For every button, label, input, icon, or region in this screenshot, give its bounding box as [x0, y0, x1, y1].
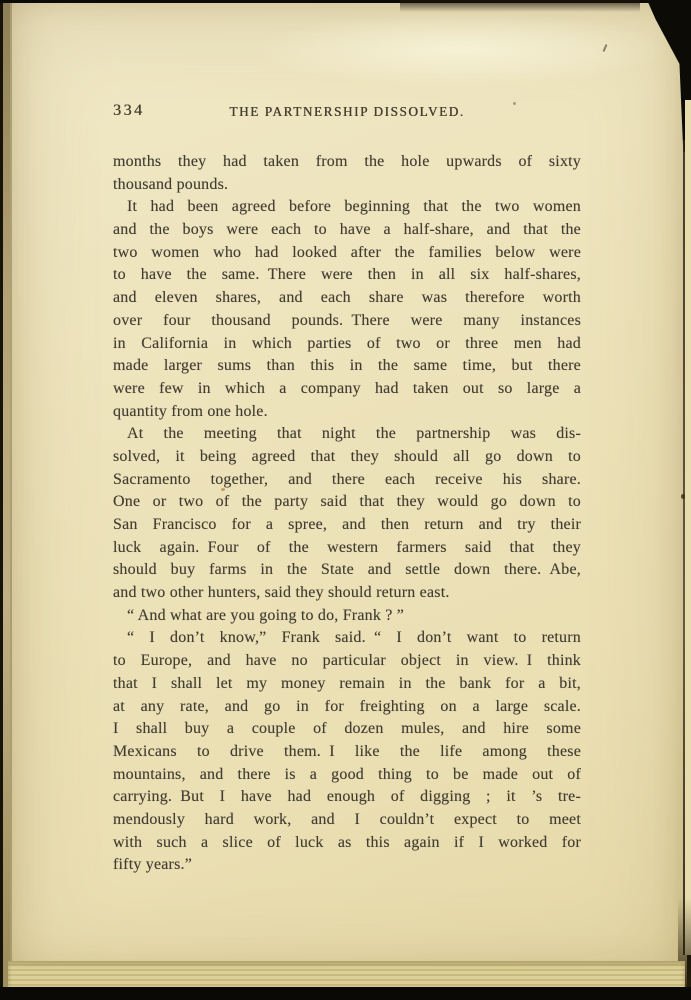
paragraph: “ I don’t know,” Frank said. “ I don’t w… — [113, 627, 581, 877]
text-line: at any rate, and go in for freighting on… — [113, 696, 581, 719]
body-text: months they had taken from the hole upwa… — [113, 151, 581, 877]
text-line: “ And what are you going to do, Frank ? … — [113, 605, 581, 628]
text-line: in California in which parties of two or… — [113, 333, 581, 356]
paragraph: months they had taken from the hole upwa… — [113, 151, 581, 196]
running-title: THE PARTNERSHIP DISSOLVED. — [113, 104, 581, 120]
text-line: It had been agreed before beginning that… — [113, 196, 581, 219]
left-page-crease — [10, 0, 12, 1000]
text-line: quantity from one hole. — [113, 401, 581, 424]
running-header: 334 THE PARTNERSHIP DISSOLVED. — [113, 102, 581, 124]
text-line: and eleven shares, and each share was th… — [113, 287, 581, 310]
text-line: fifty years.” — [113, 854, 581, 877]
top-edge-shadow — [400, 0, 640, 12]
paragraph: At the meeting that night the partnershi… — [113, 423, 581, 605]
text-line: and the boys were each to have a half-sh… — [113, 219, 581, 242]
text-line: solved, it being agreed that they should… — [113, 446, 581, 469]
text-line: over four thousand pounds. There were ma… — [113, 310, 581, 333]
text-line: At the meeting that night the partnershi… — [113, 423, 581, 446]
text-line: to have the same. There were then in all… — [113, 264, 581, 287]
paragraph: “ And what are you going to do, Frank ? … — [113, 605, 581, 628]
text-line: made larger sums than this in the same t… — [113, 355, 581, 378]
book-page-scan: 334 THE PARTNERSHIP DISSOLVED. months th… — [0, 0, 691, 1000]
text-line: and two other hunters, said they should … — [113, 582, 581, 605]
text-line: thousand pounds. — [113, 174, 581, 197]
bottom-page-stack — [8, 961, 685, 987]
text-line: two women who had looked after the famil… — [113, 242, 581, 265]
paper-speck — [513, 102, 516, 105]
text-line: mountains, and there is a good thing to … — [113, 764, 581, 787]
text-line: months they had taken from the hole upwa… — [113, 151, 581, 174]
text-line: to Europe, and have no particular object… — [113, 650, 581, 673]
left-binding-edge — [3, 0, 10, 1000]
text-line: were few in which a company had taken ou… — [113, 378, 581, 401]
text-line: luck again. Four of the western farmers … — [113, 537, 581, 560]
bottom-scan-border — [0, 987, 691, 1000]
right-page-sliver — [685, 100, 691, 955]
text-line: mendously hard work, and I couldn’t expe… — [113, 809, 581, 832]
text-line: “ I don’t know,” Frank said. “ I don’t w… — [113, 627, 581, 650]
paragraph: It had been agreed before beginning that… — [113, 196, 581, 423]
text-line: with such a slice of luck as this again … — [113, 832, 581, 855]
text-line: San Francisco for a spree, and then retu… — [113, 514, 581, 537]
text-line: One or two of the party said that they w… — [113, 491, 581, 514]
text-line: Sacramento together, and there each rece… — [113, 469, 581, 492]
paper-speck — [221, 488, 225, 491]
text-line: should buy farms in the State and settle… — [113, 559, 581, 582]
text-line: that I shall let my money remain in the … — [113, 673, 581, 696]
text-line: Mexicans to drive them. I like the life … — [113, 741, 581, 764]
text-line: I shall buy a couple of dozen mules, and… — [113, 718, 581, 741]
text-line: carrying. But I have had enough of diggi… — [113, 786, 581, 809]
